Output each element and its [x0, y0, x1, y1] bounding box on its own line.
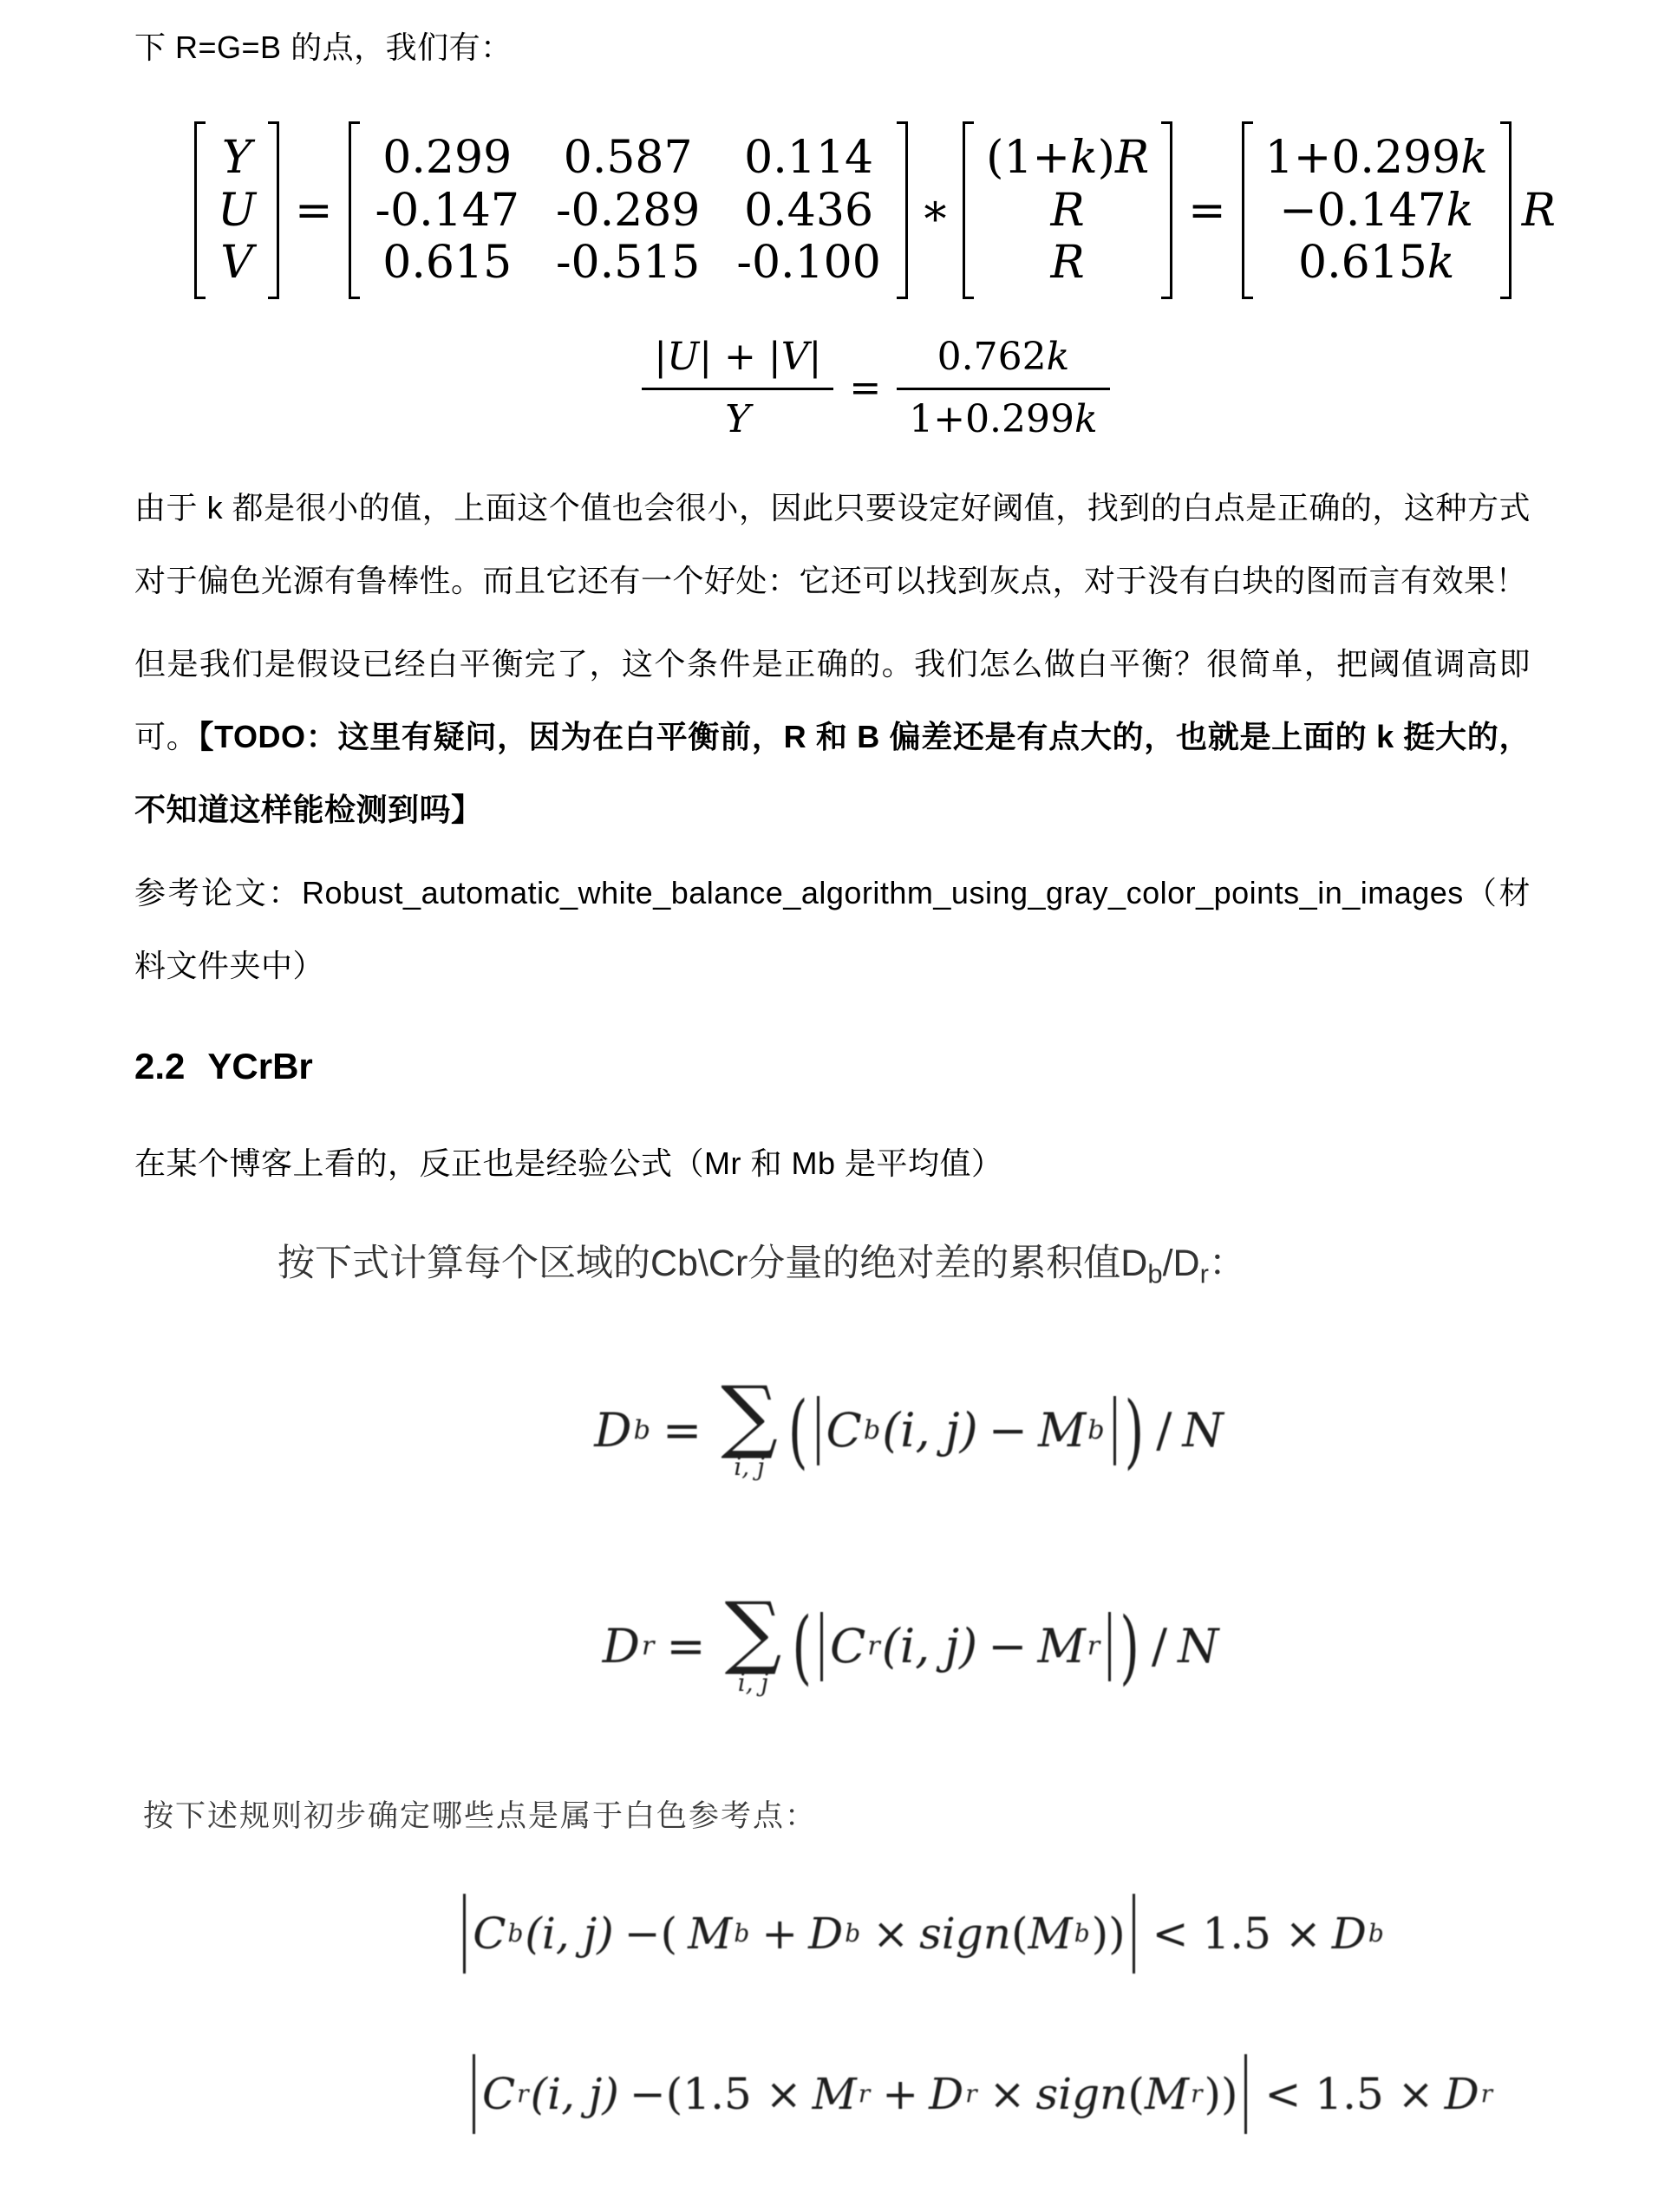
abs-bar	[1113, 1396, 1116, 1465]
abs-bar	[1108, 1612, 1111, 1681]
math-token: (i, j)	[525, 1909, 613, 1959]
minus-open-paren: −(1.5 ×	[630, 2069, 802, 2119]
yuv-matrix-equation: Y U V = 0.299 0.587 0.114 -0.147 -0.289 …	[177, 121, 1573, 299]
equals-sign: =	[663, 1403, 702, 1458]
math-token: C	[826, 1403, 862, 1458]
math-token: (i, j)	[531, 2069, 619, 2119]
math-token: Y	[218, 132, 256, 184]
fraction-denominator: Y	[642, 390, 833, 441]
math-token: 0.615	[1298, 237, 1427, 289]
open-paren: (	[788, 1383, 808, 1478]
equals-sign: =	[666, 1619, 705, 1674]
vector-row: (1+k)R	[986, 132, 1149, 184]
math-token: D	[1445, 2069, 1479, 2119]
image-caption-db-dr: 按下式计算每个区域的Cb\Cr分量的绝对差的累积值Db/Dr：	[277, 1238, 1531, 1300]
uv-ratio-equation: |U| + |V| Y = 0.762k 1+0.299k	[178, 338, 1574, 438]
section-heading: 2.2YCrBr	[134, 1042, 1531, 1091]
math-token: C	[482, 2069, 515, 2119]
equals-sign: =	[295, 185, 333, 237]
equals-sign: =	[849, 366, 881, 410]
times-sign: ×	[989, 2069, 1026, 2119]
math-token: |	[809, 335, 822, 379]
section-number: 2.2	[134, 1046, 185, 1086]
paragraph-blog: 在某个博客上看的，反正也是经验公式（Mr 和 Mb 是平均值）	[134, 1127, 1531, 1200]
matrix-bracket-left	[963, 121, 974, 299]
math-token: C	[830, 1619, 865, 1674]
matrix-cell: -0.147	[375, 185, 519, 237]
caption-text: ：	[1209, 1243, 1246, 1284]
coefficient-matrix: 0.299 0.587 0.114 -0.147 -0.289 0.436 0.…	[369, 121, 888, 299]
math-subscript: b	[1074, 1919, 1090, 1948]
math-token: k	[1446, 185, 1474, 237]
math-token: U	[667, 335, 699, 379]
subscript-b: b	[1147, 1259, 1162, 1289]
close-parens: ))	[1092, 1909, 1126, 1959]
math-token: (1+	[986, 132, 1070, 184]
math-subscript: r	[1087, 1631, 1100, 1661]
math-subscript: b	[634, 1415, 650, 1445]
subscript-r: r	[1200, 1259, 1209, 1289]
math-subscript: r	[859, 2079, 870, 2108]
vector-row: R	[986, 237, 1149, 289]
matrix-cell: 0.615	[382, 237, 512, 289]
math-token: D	[603, 1619, 640, 1674]
math-token: M	[1028, 1909, 1072, 1959]
math-subscript: r	[965, 2079, 976, 2108]
math-token: −0.147	[1279, 185, 1446, 237]
math-token: )	[1098, 132, 1115, 184]
math-token: k	[1074, 397, 1098, 441]
math-token: 0.762	[937, 335, 1047, 379]
math-token: Y	[725, 397, 750, 441]
matrix-cell: -0.515	[556, 237, 700, 289]
vector-row: 1+0.299k	[1265, 132, 1488, 184]
math-token: D	[1332, 1909, 1367, 1959]
math-token: U	[218, 185, 256, 237]
times-sign: ×	[872, 1909, 909, 1959]
abs-bar	[463, 1894, 466, 1974]
math-subscript: b	[734, 1919, 749, 1948]
todo-bold-note: 【TODO：这里有疑问，因为在白平衡前，R 和 B 偏差还是有点大的，也就是上面…	[134, 719, 1531, 827]
yuv-vector: Y U V	[214, 121, 259, 299]
section-title: YCrBr	[207, 1046, 312, 1086]
matrix-cell: -0.289	[556, 185, 700, 237]
vector-row: 0.615k	[1265, 237, 1488, 289]
math-token: M	[1038, 1619, 1086, 1674]
summation-index: i, j	[738, 1668, 768, 1698]
abs-bar	[1133, 1894, 1135, 1974]
math-subscript: b	[1087, 1415, 1104, 1445]
math-token: N	[1182, 1403, 1223, 1458]
multiplication-asterisk: ∗	[920, 185, 950, 237]
math-token: sign	[1036, 2069, 1128, 2119]
math-token: V	[218, 237, 256, 289]
open-paren: (	[1127, 2069, 1145, 2119]
matrix-cell: 0.587	[564, 132, 693, 184]
math-subscript: b	[845, 1919, 860, 1948]
vector-row: −0.147k	[1265, 185, 1488, 237]
math-subscript: b	[507, 1919, 523, 1948]
math-token: k	[1047, 335, 1070, 379]
equals-sign: =	[1188, 185, 1226, 237]
fraction-numerator: 0.762k	[897, 335, 1110, 390]
matrix-bracket-left	[349, 121, 360, 299]
math-token: V	[781, 335, 809, 379]
math-token: R	[1115, 132, 1149, 184]
matrix-bracket-right	[268, 121, 279, 299]
close-paren: )	[1125, 1383, 1145, 1478]
matrix-cell: 0.436	[744, 185, 873, 237]
fraction-right: 0.762k 1+0.299k	[897, 335, 1110, 441]
math-subscript: b	[864, 1415, 880, 1445]
minus-sign: −	[988, 1619, 1027, 1674]
caption-text: /D	[1163, 1243, 1200, 1284]
abs-bar	[817, 1396, 819, 1465]
outer-r-factor: R	[1522, 185, 1556, 237]
minus-open-paren: −(	[624, 1909, 677, 1959]
summation-index: i, j	[734, 1452, 764, 1482]
abs-bar	[820, 1612, 823, 1681]
math-token: D	[594, 1403, 631, 1458]
less-than-comparison: < 1.5 ×	[1152, 1909, 1322, 1959]
divide-sign: /	[1152, 1619, 1167, 1674]
caption-text: 按下式计算每个区域的Cb\Cr分量的绝对差的累积值D	[277, 1243, 1147, 1284]
matrix-cell: 0.114	[744, 132, 873, 184]
math-token: (i, j)	[882, 1403, 977, 1458]
inequality-cr: Cr(i, j) −(1.5 × Mr + Dr × sign(Mr)) < 1…	[282, 2054, 1665, 2134]
math-token: M	[1038, 1403, 1086, 1458]
abs-bar	[473, 2054, 475, 2134]
math-token: M	[813, 2069, 857, 2119]
rule-caption: 按下述规则初步确定哪些点是属于白色参考点：	[143, 1795, 1531, 1838]
result-vector: 1+0.299k −0.147k 0.615k	[1262, 121, 1492, 299]
less-than-comparison: < 1.5 ×	[1264, 2069, 1433, 2119]
math-token: k	[1460, 132, 1488, 184]
math-token: sign	[919, 1909, 1011, 1959]
open-paren: (	[792, 1599, 812, 1693]
math-token: 1+0.299	[1265, 132, 1461, 184]
intro-line: 下 R=G=B 的点，我们有：	[134, 11, 1531, 84]
summation-symbol: ∑	[725, 1595, 782, 1668]
math-subscript: r	[867, 1631, 879, 1661]
paragraph-reference: 参考论文：Robust_automatic_white_balance_algo…	[134, 857, 1531, 1002]
math-token: D	[808, 1909, 843, 1959]
math-token: D	[929, 2069, 963, 2119]
open-paren: (	[1011, 1909, 1028, 1959]
math-token: M	[1145, 2069, 1189, 2119]
formula-dr: Dr = ∑ i, j ( Cr(i, j) − Mr ) / N	[212, 1582, 1609, 1712]
math-subscript: r	[517, 2079, 528, 2108]
formula-db: Db = ∑ i, j ( Cb(i, j) − Mb ) / N	[211, 1366, 1607, 1496]
fraction-left: |U| + |V| Y	[642, 335, 833, 441]
close-paren: )	[1120, 1599, 1139, 1693]
vector-row: R	[986, 185, 1149, 237]
math-token: k	[1070, 132, 1098, 184]
matrix-bracket-right	[897, 121, 908, 299]
summation-group: ∑ i, j	[721, 1380, 778, 1482]
close-parens: ))	[1204, 2069, 1237, 2119]
matrix-cell: 0.299	[382, 132, 512, 184]
matrix-cell: -0.100	[736, 237, 880, 289]
divide-sign: /	[1156, 1403, 1172, 1458]
math-token: (i, j)	[882, 1619, 977, 1674]
summation-group: ∑ i, j	[725, 1595, 782, 1698]
fraction-numerator: |U| + |V|	[642, 335, 833, 390]
document-page: 下 R=G=B 的点，我们有： Y U V = 0.299 0.587 0.11…	[0, 0, 1665, 2134]
math-token: k	[1427, 237, 1455, 289]
math-token: 1+0.299	[909, 397, 1074, 441]
math-subscript: b	[1368, 1919, 1384, 1948]
math-token: |	[654, 335, 667, 379]
paragraph-todo: 但是我们是假设已经白平衡完了，这个条件是正确的。我们怎么做白平衡？很简单，把阈值…	[134, 628, 1531, 846]
matrix-bracket-right	[1500, 121, 1512, 299]
math-token: M	[688, 1909, 732, 1959]
matrix-bracket-left	[194, 121, 206, 299]
fraction-denominator: 1+0.299k	[897, 390, 1110, 441]
rgb-vector: (1+k)R R R	[983, 121, 1152, 299]
summation-symbol: ∑	[721, 1380, 778, 1452]
math-subscript: r	[1191, 2079, 1202, 2108]
matrix-bracket-right	[1161, 121, 1172, 299]
plus-sign: +	[761, 1909, 798, 1959]
inequality-cb: Cb(i, j) −( Mb + Db × sign(Mb)) < 1.5 × …	[223, 1894, 1619, 1974]
plus-sign: +	[882, 2069, 918, 2119]
math-token: | + |	[699, 335, 781, 379]
math-token: C	[473, 1909, 506, 1959]
abs-bar	[1244, 2054, 1247, 2134]
math-subscript: r	[1481, 2079, 1492, 2108]
minus-sign: −	[989, 1403, 1028, 1458]
matrix-bracket-left	[1242, 121, 1253, 299]
math-subscript: r	[642, 1631, 654, 1661]
math-token: N	[1178, 1619, 1218, 1674]
paragraph-k-small: 由于 k 都是很小的值，上面这个值也会很小，因此只要设定好阈值，找到的白点是正确…	[134, 472, 1531, 617]
